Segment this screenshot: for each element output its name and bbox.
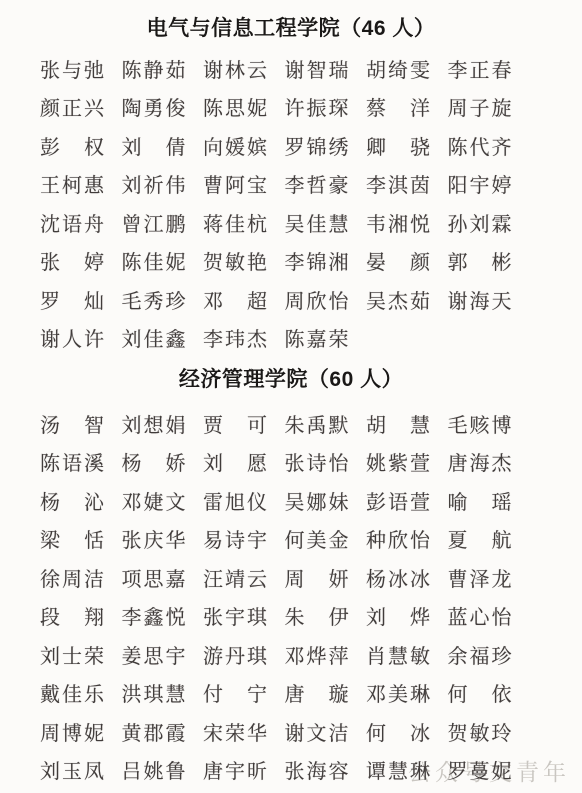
name-cell: 邓婕文	[122, 486, 186, 515]
name-cell: 彭语萱	[366, 486, 430, 515]
name-cell: 毛赅博	[448, 409, 512, 438]
name-cell: 李锦湘	[285, 246, 349, 275]
name-cell: 肖慧敏	[366, 640, 430, 669]
name-cell: 刘烨	[366, 601, 430, 630]
name-cell: 刘佳鑫	[122, 323, 186, 352]
name-cell: 刘愿	[203, 447, 267, 476]
name-cell: 郭彬	[448, 246, 512, 275]
name-cell: 雷旭仪	[203, 486, 267, 515]
name-row: 颜正兴陶勇俊陈思妮许振琛蔡洋周子旋	[0, 88, 582, 127]
name-cell: 沈语舟	[40, 208, 104, 237]
name-cell: 陈嘉荣	[285, 323, 349, 352]
name-cell: 刘想娟	[122, 409, 186, 438]
name-row: 梁恬张庆华易诗宇何美金种欣怡夏航	[0, 520, 582, 559]
name-cell: 梁恬	[40, 524, 104, 553]
name-cell: 黄郡霞	[122, 717, 186, 746]
roster-sections: 电气与信息工程学院（46 人）张与弛陈静茹谢林云谢智瑞胡绮雯李正春颜正兴陶勇俊陈…	[0, 0, 582, 789]
name-cell: 徐周洁	[40, 563, 104, 592]
name-cell: 罗灿	[40, 285, 104, 314]
name-cell: 杨娇	[122, 447, 186, 476]
name-cell: 姜思宇	[122, 640, 186, 669]
name-cell: 贺敏玲	[448, 717, 512, 746]
name-row: 谢人许刘佳鑫李玮杰陈嘉荣	[0, 319, 582, 358]
name-cell: 刘倩	[122, 131, 186, 160]
name-cell: 游丹琪	[203, 640, 267, 669]
name-cell: 张庆华	[122, 524, 186, 553]
section-title: 电气与信息工程学院（46 人）	[0, 12, 582, 46]
name-row: 陈语溪杨娇刘愿张诗怡姚紫萱唐海杰	[0, 443, 582, 482]
name-row: 汤智刘想娟贾可朱禹默胡慧毛赅博	[0, 404, 582, 443]
name-cell: 彭权	[40, 131, 104, 160]
name-cell: 汪靖云	[203, 563, 267, 592]
name-row: 王柯惠刘祈伟曹阿宝李哲豪李淇茵阳宇婷	[0, 165, 582, 204]
name-cell: 何美金	[285, 524, 349, 553]
name-cell: 罗蔓妮	[448, 755, 512, 784]
name-cell: 邓超	[203, 285, 267, 314]
name-cell: 陈语溪	[40, 447, 104, 476]
name-cell: 种欣怡	[366, 524, 430, 553]
roster-page: 电气与信息工程学院（46 人）张与弛陈静茹谢林云谢智瑞胡绮雯李正春颜正兴陶勇俊陈…	[0, 0, 582, 793]
name-cell: 毛秀珍	[122, 285, 186, 314]
name-row: 徐周洁项思嘉汪靖云周妍杨冰冰曹泽龙	[0, 558, 582, 597]
name-cell: 夏航	[448, 524, 512, 553]
name-row: 刘士荣姜思宇游丹琪邓烨萍肖慧敏余福珍	[0, 635, 582, 674]
name-cell: 周博妮	[40, 717, 104, 746]
name-cell: 张与弛	[40, 54, 104, 83]
name-cell: 唐宇昕	[203, 755, 267, 784]
name-cell: 贺敏艳	[203, 246, 267, 275]
name-cell: 卿骁	[366, 131, 430, 160]
name-cell: 朱禹默	[285, 409, 349, 438]
name-cell: 杨沁	[40, 486, 104, 515]
name-row: 彭权刘倩向媛嫔罗锦绣卿骁陈代齐	[0, 126, 582, 165]
name-cell: 陈佳妮	[122, 246, 186, 275]
name-cell: 罗锦绣	[285, 131, 349, 160]
name-cell: 唐璇	[285, 678, 349, 707]
name-cell: 刘祈伟	[122, 169, 186, 198]
name-cell: 韦湘悦	[366, 208, 430, 237]
roster-section: 经济管理学院（60 人）汤智刘想娟贾可朱禹默胡慧毛赅博陈语溪杨娇刘愿张诗怡姚紫萱…	[0, 363, 582, 789]
name-row: 沈语舟曾江鹏蒋佳杭吴佳慧韦湘悦孙刘霖	[0, 203, 582, 242]
name-cell: 邓烨萍	[285, 640, 349, 669]
name-cell: 曹泽龙	[448, 563, 512, 592]
name-cell: 唐海杰	[448, 447, 512, 476]
name-cell: 胡慧	[366, 409, 430, 438]
name-cell: 朱伊	[285, 601, 349, 630]
name-cell: 许振琛	[285, 92, 349, 121]
name-cell: 李鑫悦	[122, 601, 186, 630]
name-cell: 洪琪慧	[122, 678, 186, 707]
name-cell: 王柯惠	[40, 169, 104, 198]
name-cell: 陈静茹	[122, 54, 186, 83]
name-cell: 陶勇俊	[122, 92, 186, 121]
name-cell: 谢文洁	[285, 717, 349, 746]
name-cell: 何冰	[366, 717, 430, 746]
name-cell: 张婷	[40, 246, 104, 275]
name-cell: 曾江鹏	[122, 208, 186, 237]
name-cell: 周欣怡	[285, 285, 349, 314]
name-row: 周博妮黄郡霞宋荣华谢文洁何冰贺敏玲	[0, 712, 582, 751]
name-cell: 戴佳乐	[40, 678, 104, 707]
name-cell: 杨冰冰	[366, 563, 430, 592]
name-cell: 刘士荣	[40, 640, 104, 669]
name-cell: 李玮杰	[203, 323, 267, 352]
name-cell: 吕姚鲁	[122, 755, 186, 784]
name-cell: 陈思妮	[203, 92, 267, 121]
name-cell: 胡绮雯	[366, 54, 430, 83]
name-cell: 阳宇婷	[448, 169, 512, 198]
name-cell: 宋荣华	[203, 717, 267, 746]
name-cell: 谢智瑞	[285, 54, 349, 83]
name-cell: 李淇茵	[366, 169, 430, 198]
name-cell: 李正春	[448, 54, 512, 83]
name-cell: 付宁	[203, 678, 267, 707]
name-cell: 项思嘉	[122, 563, 186, 592]
name-cell: 汤智	[40, 409, 104, 438]
name-cell: 颜正兴	[40, 92, 104, 121]
name-cell: 谢人许	[40, 323, 104, 352]
name-rows: 汤智刘想娟贾可朱禹默胡慧毛赅博陈语溪杨娇刘愿张诗怡姚紫萱唐海杰杨沁邓婕文雷旭仪吴…	[0, 401, 582, 789]
name-cell: 孙刘霖	[448, 208, 512, 237]
name-cell: 邓美琳	[366, 678, 430, 707]
name-cell: 蒋佳杭	[203, 208, 267, 237]
name-cell: 蓝心怡	[448, 601, 512, 630]
name-row: 戴佳乐洪琪慧付宁唐璇邓美琳何依	[0, 674, 582, 713]
name-cell: 周子旋	[448, 92, 512, 121]
name-cell: 曹阿宝	[203, 169, 267, 198]
name-cell: 姚紫萱	[366, 447, 430, 476]
name-cell: 李哲豪	[285, 169, 349, 198]
name-cell: 余福珍	[448, 640, 512, 669]
name-cell: 喻瑶	[448, 486, 512, 515]
name-cell: 谭慧琳	[366, 755, 430, 784]
name-cell: 段翔	[40, 601, 104, 630]
name-cell: 刘玉凤	[40, 755, 104, 784]
name-row: 罗灿毛秀珍邓超周欣怡吴杰茹谢海天	[0, 280, 582, 319]
name-cell: 谢海天	[448, 285, 512, 314]
name-row: 杨沁邓婕文雷旭仪吴娜妹彭语萱喻瑶	[0, 481, 582, 520]
name-cell: 谢林云	[203, 54, 267, 83]
name-cell: 晏颜	[366, 246, 430, 275]
name-row: 张婷陈佳妮贺敏艳李锦湘晏颜郭彬	[0, 242, 582, 281]
name-cell: 向媛嫔	[203, 131, 267, 160]
name-cell: 何依	[448, 678, 512, 707]
roster-section: 电气与信息工程学院（46 人）张与弛陈静茹谢林云谢智瑞胡绮雯李正春颜正兴陶勇俊陈…	[0, 12, 582, 357]
name-cell: 吴娜妹	[285, 486, 349, 515]
name-row: 段翔李鑫悦张宇琪朱伊刘烨蓝心怡	[0, 597, 582, 636]
name-cell: 贾可	[203, 409, 267, 438]
name-cell: 陈代齐	[448, 131, 512, 160]
section-title: 经济管理学院（60 人）	[0, 363, 582, 397]
name-cell: 吴佳慧	[285, 208, 349, 237]
name-cell: 吴杰茹	[366, 285, 430, 314]
name-cell: 张宇琪	[203, 601, 267, 630]
name-cell: 张海容	[285, 755, 349, 784]
name-cell: 蔡洋	[366, 92, 430, 121]
name-row: 刘玉凤吕姚鲁唐宇昕张海容谭慧琳罗蔓妮	[0, 751, 582, 790]
name-cell: 张诗怡	[285, 447, 349, 476]
name-cell: 易诗宇	[203, 524, 267, 553]
name-rows: 张与弛陈静茹谢林云谢智瑞胡绮雯李正春颜正兴陶勇俊陈思妮许振琛蔡洋周子旋彭权刘倩向…	[0, 46, 582, 357]
name-cell: 周妍	[285, 563, 349, 592]
name-row: 张与弛陈静茹谢林云谢智瑞胡绮雯李正春	[0, 49, 582, 88]
